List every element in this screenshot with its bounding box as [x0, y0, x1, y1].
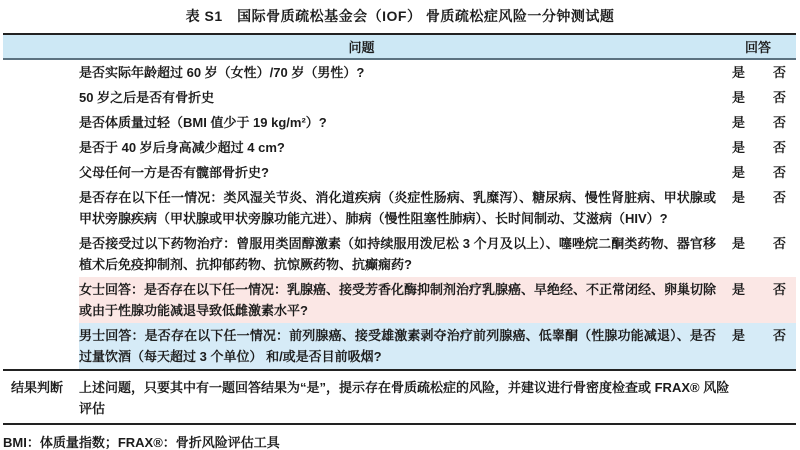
- answer-options: 是 否: [732, 112, 786, 133]
- answer-yes: 是: [732, 233, 745, 254]
- question-text: 是否接受过以下药物治疗：曾服用类固醇激素（如持续服用泼尼松 3 个月及以上）、噻…: [79, 233, 732, 275]
- question-text: 是否体质量过轻（BMI 值少于 19 kg/m²）?: [79, 112, 732, 133]
- table-row: 是否接受过以下药物治疗：曾服用类固醇激素（如持续服用泼尼松 3 个月及以上）、噻…: [3, 231, 796, 277]
- table-rows: 是否实际年龄超过 60 岁（女性）/70 岁（男性）? 是 否 50 岁之后是否…: [3, 60, 796, 369]
- row-body: 50 岁之后是否有骨折史 是 否: [79, 85, 796, 110]
- row-body: 男士回答：是否存在以下任一情况：前列腺癌、接受雄激素剥夺治疗前列腺癌、低睾酮（性…: [79, 323, 796, 369]
- question-text: 50 岁之后是否有骨折史: [79, 87, 732, 108]
- answer-yes: 是: [732, 187, 745, 208]
- answer-no: 否: [773, 62, 786, 83]
- answer-options: 是 否: [732, 187, 786, 208]
- answer-options: 是 否: [732, 233, 786, 254]
- table-row: 50 岁之后是否有骨折史 是 否: [3, 85, 796, 110]
- row-label-spacer: [3, 85, 79, 110]
- answer-no: 否: [773, 279, 786, 300]
- answer-no: 否: [773, 137, 786, 158]
- answer-options: 是 否: [732, 87, 786, 108]
- footnote: BMI：体质量指数；FRAX®：骨折风险评估工具: [3, 432, 800, 450]
- result-label: 结果判断: [3, 374, 79, 419]
- answer-yes: 是: [732, 325, 745, 346]
- table-row: 父母任何一方是否有髋部骨折史? 是 否: [3, 160, 796, 185]
- row-label-spacer: [3, 185, 79, 231]
- row-label-spacer: [3, 160, 79, 185]
- question-text: 是否于 40 岁后身高减少超过 4 cm?: [79, 137, 732, 158]
- table-row: 是否体质量过轻（BMI 值少于 19 kg/m²）? 是 否: [3, 110, 796, 135]
- question-text: 是否存在以下任一情况：类风湿关节炎、消化道疾病（炎症性肠病、乳糜泻）、糖尿病、慢…: [79, 187, 732, 229]
- row-body: 是否接受过以下药物治疗：曾服用类固醇激素（如持续服用泼尼松 3 个月及以上）、噻…: [79, 231, 796, 277]
- answer-options: 是 否: [732, 325, 786, 346]
- page: 表 S1 国际骨质疏松基金会（IOF） 骨质疏松症风险一分钟测试题 问题 回答 …: [0, 0, 800, 450]
- answer-yes: 是: [732, 137, 745, 158]
- question-text: 是否实际年龄超过 60 岁（女性）/70 岁（男性）?: [79, 62, 732, 83]
- result-row: 结果判断 上述问题，只要其中有一题回答结果为“是”，提示存在骨质疏松症的风险，并…: [3, 371, 796, 423]
- answer-yes: 是: [732, 162, 745, 183]
- row-label-spacer: [3, 323, 79, 369]
- row-label-spacer: [3, 231, 79, 277]
- table-row: 是否实际年龄超过 60 岁（女性）/70 岁（男性）? 是 否: [3, 60, 796, 85]
- answer-no: 否: [773, 233, 786, 254]
- answer-yes: 是: [732, 87, 745, 108]
- answer-options: 是 否: [732, 137, 786, 158]
- column-header-question: 问题: [3, 37, 720, 56]
- table-title: 表 S1 国际骨质疏松基金会（IOF） 骨质疏松症风险一分钟测试题: [0, 0, 800, 26]
- risk-test-table: 问题 回答 是否实际年龄超过 60 岁（女性）/70 岁（男性）? 是 否 50…: [3, 33, 796, 425]
- question-text: 父母任何一方是否有髋部骨折史?: [79, 162, 732, 183]
- table-row: 女士回答：是否存在以下任一情况：乳腺癌、接受芳香化酶抑制剂治疗乳腺癌、早绝经、不…: [3, 277, 796, 323]
- answer-no: 否: [773, 112, 786, 133]
- row-body: 是否存在以下任一情况：类风湿关节炎、消化道疾病（炎症性肠病、乳糜泻）、糖尿病、慢…: [79, 185, 796, 231]
- table-row: 是否存在以下任一情况：类风湿关节炎、消化道疾病（炎症性肠病、乳糜泻）、糖尿病、慢…: [3, 185, 796, 231]
- answer-options: 是 否: [732, 162, 786, 183]
- row-label-spacer: [3, 110, 79, 135]
- row-body: 女士回答：是否存在以下任一情况：乳腺癌、接受芳香化酶抑制剂治疗乳腺癌、早绝经、不…: [79, 277, 796, 323]
- answer-options: 是 否: [732, 279, 786, 300]
- answer-options: 是 否: [732, 62, 786, 83]
- answer-no: 否: [773, 187, 786, 208]
- answer-yes: 是: [732, 62, 745, 83]
- row-body: 是否体质量过轻（BMI 值少于 19 kg/m²）? 是 否: [79, 110, 796, 135]
- table-header-row: 问题 回答: [3, 35, 796, 60]
- answer-no: 否: [773, 87, 786, 108]
- answer-yes: 是: [732, 112, 745, 133]
- answer-no: 否: [773, 325, 786, 346]
- answer-no: 否: [773, 162, 786, 183]
- question-text: 女士回答：是否存在以下任一情况：乳腺癌、接受芳香化酶抑制剂治疗乳腺癌、早绝经、不…: [79, 279, 732, 321]
- row-body: 父母任何一方是否有髋部骨折史? 是 否: [79, 160, 796, 185]
- row-label-spacer: [3, 277, 79, 323]
- answer-yes: 是: [732, 279, 745, 300]
- row-body: 是否实际年龄超过 60 岁（女性）/70 岁（男性）? 是 否: [79, 60, 796, 85]
- column-header-answer: 回答: [720, 37, 796, 56]
- row-label-spacer: [3, 60, 79, 85]
- row-label-spacer: [3, 135, 79, 160]
- result-text: 上述问题，只要其中有一题回答结果为“是”，提示存在骨质疏松症的风险，并建议进行骨…: [79, 374, 796, 419]
- question-text: 男士回答：是否存在以下任一情况：前列腺癌、接受雄激素剥夺治疗前列腺癌、低睾酮（性…: [79, 325, 732, 367]
- table-row: 男士回答：是否存在以下任一情况：前列腺癌、接受雄激素剥夺治疗前列腺癌、低睾酮（性…: [3, 323, 796, 369]
- row-body: 是否于 40 岁后身高减少超过 4 cm? 是 否: [79, 135, 796, 160]
- table-row: 是否于 40 岁后身高减少超过 4 cm? 是 否: [3, 135, 796, 160]
